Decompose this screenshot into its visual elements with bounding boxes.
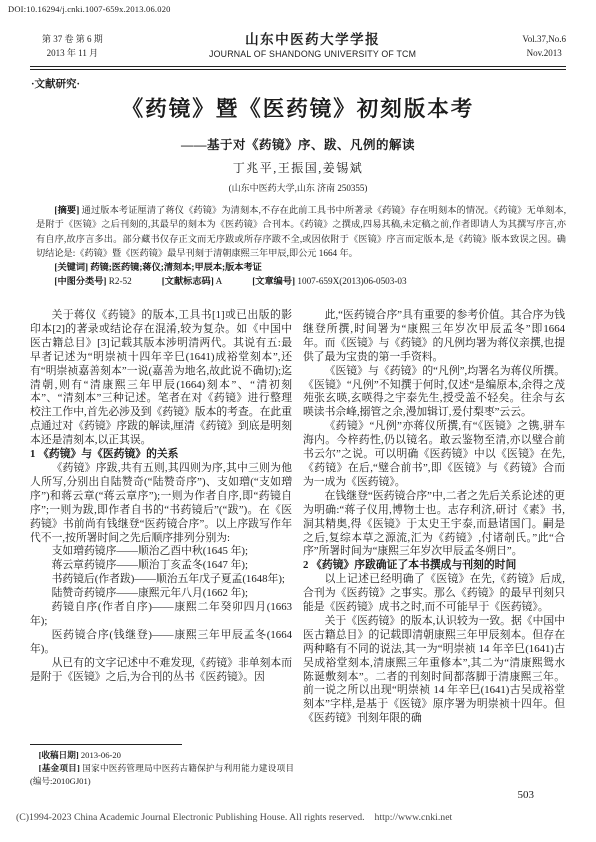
list-item-preface-3: 书药镜后(作者跋)——顺治五年戊子夏孟(1648年);: [30, 573, 292, 587]
keywords-text: 药镜;医药镜;蒋仪;清刻本;甲辰本;版本考证: [88, 262, 262, 272]
journal-volume-issue-en: Vol.37,No.6: [522, 33, 566, 47]
abstract-label: [摘要]: [54, 205, 79, 215]
article-authors: 丁兆平,王振国,姜锡斌: [0, 159, 596, 176]
doi-text: DOI:10.16294/j.cnki.1007-659x.2013.06.02…: [8, 4, 171, 14]
journal-date-en: Nov.2013: [522, 47, 566, 61]
cnki-url: http://www.cnki.net: [375, 812, 453, 823]
footnote-fund: [基金项目] 国家中医药管理局中医药古籍保护与利用能力建设项目(编号:2010G…: [30, 762, 294, 788]
paragraph-timing-2: 关于《医药镜》的版本,认识较为一致。据《中国中医古籍总目》的记载即清朝康熙三年甲…: [303, 615, 565, 726]
journal-page: DOI:10.16294/j.cnki.1007-659x.2013.06.02…: [0, 0, 596, 842]
paragraph-hexu: 在钱继登“医药镜合序”中,二者之先后关系论述的更为明确:“蒋子仪用,博物士也。志…: [303, 490, 565, 560]
doc-code-value: A: [216, 276, 223, 286]
article-subtitle: ——基于对《药镜》序、跋、凡例的解读: [0, 135, 596, 153]
fund-project-label: [基金项目]: [39, 763, 80, 773]
keywords-line: [关键词] 药镜;医药镜;蒋仪;清刻本;甲辰本;版本考证: [36, 260, 566, 274]
clc-label: [中图分类号]: [54, 276, 106, 286]
footnote-received: [收稿日期] 2013-06-20: [30, 749, 294, 762]
clc-value: R2-52: [109, 276, 132, 286]
section-heading-2: 2 《药镜》序跋确证了本书撰成与刊刻的时间: [303, 559, 565, 573]
list-item-preface-2: 蒋云章药镜序——顺治丁亥孟冬(1647 年);: [30, 559, 292, 573]
footnote-block: [收稿日期] 2013-06-20 [基金项目] 国家中医药管理局中医药古籍保护…: [30, 744, 294, 788]
paragraph-continuation: 此,“医药镜合序”具有重要的参考价值。其合序为钱继登所撰,时间署为“康熙三年岁次…: [303, 309, 565, 365]
paragraph-conclusion-left: 从已有的文字记述中不难发现,《药镜》非单刻本而是附于《医镜》之后,为合刊的丛书《…: [30, 657, 292, 685]
page-number: 503: [420, 789, 534, 801]
journal-header-center: 山东中医药大学学报 JOURNAL OF SHANDONG UNIVERSITY…: [209, 32, 416, 61]
copyright-text: (C)1994-2023 China Academic Journal Elec…: [16, 812, 365, 823]
paragraph-fanli-yaojing: 《药镜》“凡例”亦蒋仪所撰,有“《医镜》之镌,骈车海内。今梓药性,仍以镜名。敢云…: [303, 420, 565, 490]
keywords-label: [关键词]: [54, 262, 88, 272]
abstract-paragraph: [摘要] 通过版本考证厘清了蒋仪《药镜》为清刻本,不存在此前工具书中所著录《药镜…: [36, 203, 566, 260]
journal-volume-issue-cn: 第 37 卷 第 6 期: [42, 33, 103, 47]
section-label: ·文献研究·: [31, 76, 80, 91]
list-item-preface-5: 药镜自序(作者自序)——康熙二年癸卯四月(1663 年);: [30, 601, 292, 629]
right-column: 此,“医药镜合序”具有重要的参考价值。其合序为钱继登所撰,时间署为“康熙三年岁次…: [303, 309, 565, 726]
article-meta-block: [摘要] 通过版本考证厘清了蒋仪《药镜》为清刻本,不存在此前工具书中所著录《药镜…: [36, 203, 566, 289]
received-date-value: 2013-06-20: [79, 750, 121, 760]
journal-title-cn: 山东中医药大学学报: [209, 32, 416, 48]
paragraph-fanli-yijing: 《医镜》与《药镜》的“凡例”,均署名为蒋仪所撰。《医镜》“凡例”不知撰于何时,仅…: [303, 365, 565, 421]
doc-code-label: [文献标志码]: [162, 276, 214, 286]
header-divider-rule: [30, 66, 566, 70]
section-heading-1: 1 《药镜》与《医药镜》的关系: [30, 448, 292, 462]
paragraph-prefaces: 《药镜》序跋,共有五则,其四则为序,其中三则为他人所写,分别出自陆赞奇(“陆赞奇…: [30, 462, 292, 545]
footnote-divider-rule: [30, 744, 182, 745]
list-item-preface-4: 陆赞奇药镜序——康熙元年八月(1662 年);: [30, 587, 292, 601]
journal-header-right: Vol.37,No.6 Nov.2013: [522, 33, 566, 60]
paragraph-timing-1: 以上记述已经明确了《医镜》在先,《药镜》后成,合刊为《医药镜》之事实。那么《药镜…: [303, 573, 565, 615]
journal-header-left: 第 37 卷 第 6 期 2013 年 11 月: [42, 33, 103, 60]
paragraph-intro: 关于蒋仪《药镜》的版本,工具书[1]或已出版的影印本[2]的著录或结论存在混淆,…: [30, 309, 292, 448]
received-date-label: [收稿日期]: [39, 750, 79, 760]
journal-date-cn: 2013 年 11 月: [42, 47, 103, 61]
journal-header: 第 37 卷 第 6 期 2013 年 11 月 山东中医药大学学报 JOURN…: [42, 32, 566, 61]
list-item-preface-6: 医药镜合序(钱继登)——康熙三年甲辰孟冬(1664 年)。: [30, 629, 292, 657]
article-id-label: [文章编号]: [252, 276, 295, 286]
journal-title-en: JOURNAL OF SHANDONG UNIVERSITY OF TCM: [209, 48, 416, 61]
article-affiliation: (山东中医药大学,山东 济南 250355): [0, 181, 596, 194]
list-item-preface-1: 支如璔药镜序——顺治乙酉中秋(1645 年);: [30, 545, 292, 559]
classification-line: [中图分类号] R2-52[文献标志码] A[文章编号] 1007-659X(2…: [36, 274, 566, 288]
article-body: 关于蒋仪《药镜》的版本,工具书[1]或已出版的影印本[2]的著录或结论存在混淆,…: [30, 309, 566, 726]
article-id-value: 1007-659X(2013)06-0503-03: [297, 276, 406, 286]
article-title: 《药镜》暨《医药镜》初刻版本考: [0, 92, 596, 123]
abstract-text: 通过版本考证厘清了蒋仪《药镜》为清刻本,不存在此前工具书中所著录《药镜》存在明刻…: [36, 205, 566, 258]
left-column: 关于蒋仪《药镜》的版本,工具书[1]或已出版的影印本[2]的著录或结论存在混淆,…: [30, 309, 292, 726]
copyright-line: (C)1994-2023 China Academic Journal Elec…: [16, 812, 452, 823]
